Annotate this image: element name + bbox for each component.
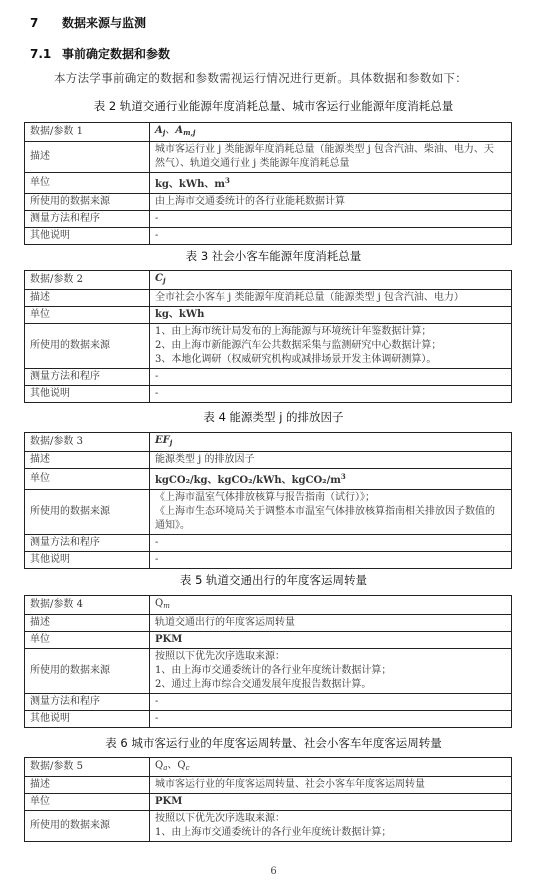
source-value: 由上海市交通委统计的各行业能耗数据计算 — [150, 194, 512, 211]
param-symbol: EFj — [150, 433, 512, 452]
table-5-caption: 表 5 轨道交通出行的年度客运周转量 — [0, 572, 547, 588]
table-row: 测量方法和程序 - — [25, 369, 512, 386]
desc-value: 轨道交通出行的年度客运周转量 — [150, 615, 512, 632]
source-value: 《上海市温室气体排放核算与报告指南（试行）》；《上海市生态环境局关于调整本市温室… — [150, 490, 512, 535]
table-row: 单位 kgCO₂/kg、kgCO₂/kWh、kgCO₂/m3 — [25, 469, 512, 490]
table-row: 所使用的数据来源 按照以下优先次序选取来源：1、由上海市交通委统计的各行业年度统… — [25, 811, 512, 842]
desc-label: 描述 — [25, 452, 150, 469]
source-label: 所使用的数据来源 — [25, 811, 150, 842]
table-row: 其他说明 - — [25, 552, 512, 569]
table-5: 数据/参数 4 Qm 描述 轨道交通出行的年度客运周转量 单位 PKM 所使用的… — [24, 595, 512, 728]
source-value: 按照以下优先次序选取来源：1、由上海市交通委统计的各行业年度统计数据计算； — [150, 811, 512, 842]
table-row: 单位 PKM — [25, 794, 512, 811]
unit-label: 单位 — [25, 173, 150, 194]
unit-value: kgCO₂/kg、kgCO₂/kWh、kgCO₂/m3 — [150, 469, 512, 490]
other-value: - — [150, 711, 512, 728]
source-label: 所使用的数据来源 — [25, 490, 150, 535]
method-label: 测量方法和程序 — [25, 535, 150, 552]
table-row: 所使用的数据来源 由上海市交通委统计的各行业能耗数据计算 — [25, 194, 512, 211]
table-3-caption: 表 3 社会小客车能源年度消耗总量 — [0, 248, 547, 264]
table-2: 数据/参数 1 Aj、Am,j 描述 城市客运行业 j 类能源年度消耗总量（能源… — [24, 122, 512, 245]
source-value: 按照以下优先次序选取来源：1、由上海市交通委统计的各行业年度统计数据计算；2、通… — [150, 649, 512, 694]
table-row: 单位 kg、kWh、m3 — [25, 173, 512, 194]
unit-value: kg、kWh、m3 — [150, 173, 512, 194]
method-label: 测量方法和程序 — [25, 694, 150, 711]
param-symbol: Aj、Am,j — [150, 123, 512, 142]
table-row: 描述 全市社会小客车 j 类能源年度消耗总量（能源类型 j 包含汽油、电力） — [25, 290, 512, 307]
other-label: 其他说明 — [25, 386, 150, 403]
table-row: 描述 能源类型 j 的排放因子 — [25, 452, 512, 469]
source-label: 所使用的数据来源 — [25, 324, 150, 369]
unit-label: 单位 — [25, 469, 150, 490]
table-6-caption: 表 6 城市客运行业的年度客运周转量、社会小客车年度客运周转量 — [0, 735, 547, 751]
intro-paragraph: 本方法学事前确定的数据和参数需视运行情况进行更新。具体数据和参数如下： — [54, 70, 467, 86]
table-row: 描述 轨道交通出行的年度客运周转量 — [25, 615, 512, 632]
param-label: 数据/参数 5 — [25, 758, 150, 777]
table-row: 所使用的数据来源 《上海市温室气体排放核算与报告指南（试行）》；《上海市生态环境… — [25, 490, 512, 535]
subsection-number: 7.1 — [30, 47, 62, 61]
desc-label: 描述 — [25, 290, 150, 307]
table-row: 单位 kg、kWh — [25, 307, 512, 324]
other-value: - — [150, 386, 512, 403]
table-row: 测量方法和程序 - — [25, 211, 512, 228]
table-row: 描述 城市客运行业 j 类能源年度消耗总量（能源类型 j 包含汽油、柴油、电力、… — [25, 142, 512, 173]
table-row: 数据/参数 3 EFj — [25, 433, 512, 452]
table-row: 数据/参数 5 Qa、Qc — [25, 758, 512, 777]
unit-label: 单位 — [25, 307, 150, 324]
table-4: 数据/参数 3 EFj 描述 能源类型 j 的排放因子 单位 kgCO₂/kg、… — [24, 432, 512, 569]
param-symbol: Qa、Qc — [150, 758, 512, 777]
param-label: 数据/参数 1 — [25, 123, 150, 142]
other-label: 其他说明 — [25, 228, 150, 245]
method-label: 测量方法和程序 — [25, 211, 150, 228]
param-label: 数据/参数 2 — [25, 271, 150, 290]
other-label: 其他说明 — [25, 552, 150, 569]
method-value: - — [150, 211, 512, 228]
method-label: 测量方法和程序 — [25, 369, 150, 386]
desc-value: 能源类型 j 的排放因子 — [150, 452, 512, 469]
other-label: 其他说明 — [25, 711, 150, 728]
table-row: 所使用的数据来源 按照以下优先次序选取来源：1、由上海市交通委统计的各行业年度统… — [25, 649, 512, 694]
table-row: 其他说明 - — [25, 711, 512, 728]
table-row: 其他说明 - — [25, 228, 512, 245]
page-number: 6 — [0, 866, 547, 877]
unit-label: 单位 — [25, 632, 150, 649]
table-2-caption: 表 2 轨道交通行业能源年度消耗总量、城市客运行业能源年度消耗总量 — [0, 98, 547, 114]
section-title: 数据来源与监测 — [62, 16, 146, 30]
section-heading: 7数据来源与监测 — [30, 14, 146, 31]
table-row: 测量方法和程序 - — [25, 535, 512, 552]
other-value: - — [150, 228, 512, 245]
table-row: 所使用的数据来源 1、由上海市统计局发布的上海能源与环境统计年鉴数据计算；2、由… — [25, 324, 512, 369]
table-row: 测量方法和程序 - — [25, 694, 512, 711]
table-3: 数据/参数 2 Cj 描述 全市社会小客车 j 类能源年度消耗总量（能源类型 j… — [24, 270, 512, 403]
param-symbol: Cj — [150, 271, 512, 290]
subsection-title: 事前确定数据和参数 — [62, 47, 170, 61]
param-symbol: Qm — [150, 596, 512, 615]
unit-label: 单位 — [25, 794, 150, 811]
unit-value: PKM — [150, 632, 512, 649]
table-4-caption: 表 4 能源类型 j 的排放因子 — [0, 409, 547, 425]
param-label: 数据/参数 4 — [25, 596, 150, 615]
desc-value: 全市社会小客车 j 类能源年度消耗总量（能源类型 j 包含汽油、电力） — [150, 290, 512, 307]
desc-label: 描述 — [25, 777, 150, 794]
table-row: 数据/参数 4 Qm — [25, 596, 512, 615]
unit-value: PKM — [150, 794, 512, 811]
table-row: 描述 城市客运行业的年度客运周转量、社会小客车年度客运周转量 — [25, 777, 512, 794]
other-value: - — [150, 552, 512, 569]
method-value: - — [150, 694, 512, 711]
unit-value: kg、kWh — [150, 307, 512, 324]
desc-value: 城市客运行业的年度客运周转量、社会小客车年度客运周转量 — [150, 777, 512, 794]
source-label: 所使用的数据来源 — [25, 194, 150, 211]
source-value: 1、由上海市统计局发布的上海能源与环境统计年鉴数据计算；2、由上海市新能源汽车公… — [150, 324, 512, 369]
table-row: 数据/参数 1 Aj、Am,j — [25, 123, 512, 142]
desc-label: 描述 — [25, 142, 150, 173]
desc-label: 描述 — [25, 615, 150, 632]
desc-value: 城市客运行业 j 类能源年度消耗总量（能源类型 j 包含汽油、柴油、电力、天然气… — [150, 142, 512, 173]
section-number: 7 — [30, 16, 62, 30]
subsection-heading: 7.1事前确定数据和参数 — [30, 45, 170, 62]
table-row: 单位 PKM — [25, 632, 512, 649]
method-value: - — [150, 535, 512, 552]
table-6: 数据/参数 5 Qa、Qc 描述 城市客运行业的年度客运周转量、社会小客车年度客… — [24, 757, 512, 842]
table-row: 数据/参数 2 Cj — [25, 271, 512, 290]
method-value: - — [150, 369, 512, 386]
source-label: 所使用的数据来源 — [25, 649, 150, 694]
table-row: 其他说明 - — [25, 386, 512, 403]
param-label: 数据/参数 3 — [25, 433, 150, 452]
